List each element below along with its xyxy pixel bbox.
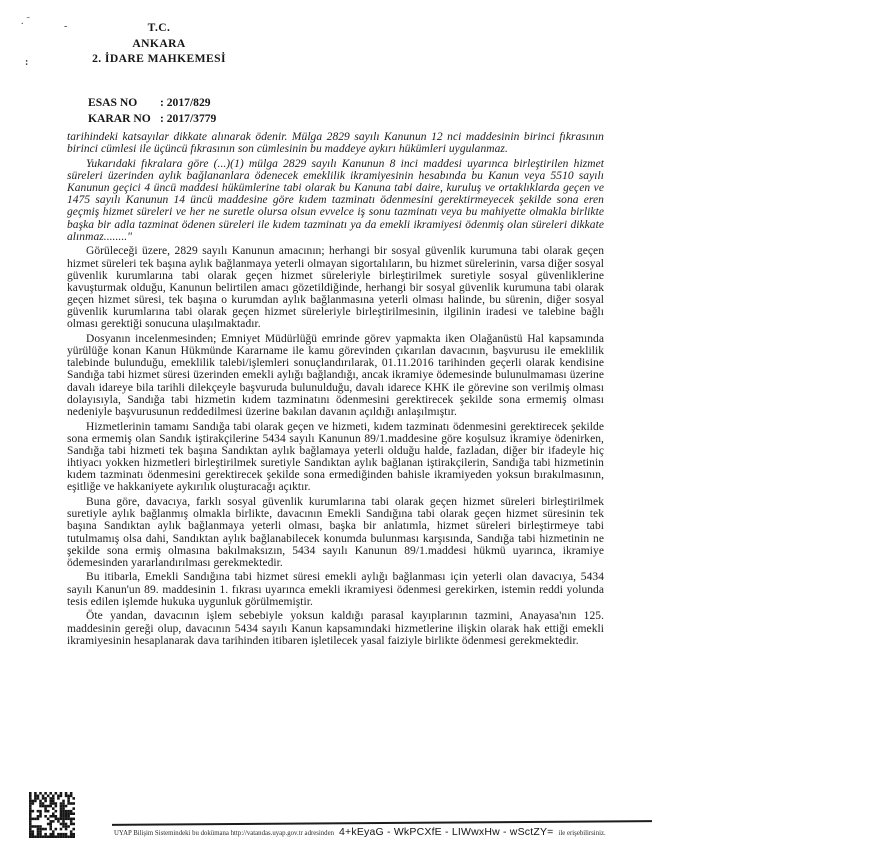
body-paragraph: tarihindeki katsayılar dikkate alınarak … — [67, 131, 604, 155]
body-paragraph: Buna göre, davacıya, farklı sosyal güven… — [67, 496, 604, 569]
karar-no-label: KARAR NO — [88, 111, 160, 127]
esas-no-label: ESAS NO — [88, 95, 160, 111]
body-paragraph: Öte yandan, davacının işlem sebebiyle yo… — [67, 610, 604, 646]
scan-artifact: .˜ — [21, 17, 33, 27]
uyap-access-prefix: UYAP Bilişim Sistemindeki bu dokümana ht… — [114, 830, 334, 837]
uyap-access-code: 4+kEyaG - WkPCXfE - LIWwxHw - wSctZY= — [339, 826, 554, 838]
esas-no-row: ESAS NO: 2017/829 — [88, 95, 216, 111]
court-name: 2. İDARE MAHKEMESİ — [64, 51, 254, 67]
uyap-datamatrix-barcode-icon — [29, 792, 75, 838]
body-paragraph: Hizmetlerinin tamamı Sandığa tabi olarak… — [67, 421, 604, 494]
uyap-access-suffix: ile erişebilirsiniz. — [559, 830, 606, 837]
karar-no-value: : 2017/3779 — [160, 112, 216, 125]
court-decision-page: .˜ - : T.C. ANKARA 2. İDARE MAHKEMESİ ES… — [0, 0, 880, 847]
esas-no-value: : 2017/829 — [160, 96, 211, 109]
uyap-footer: UYAP Bilişim Sistemindeki bu dokümana ht… — [114, 826, 606, 838]
decision-body: tarihindeki katsayılar dikkate alınarak … — [67, 131, 604, 649]
scan-artifact: : — [25, 58, 28, 68]
body-paragraph: Görüleceği üzere, 2829 sayılı Kanunun am… — [67, 245, 604, 330]
body-paragraph: Yukarıdaki fıkralara göre (...)(1) mülga… — [67, 158, 604, 243]
karar-no-row: KARAR NO: 2017/3779 — [88, 111, 216, 127]
body-paragraph: Dosyanın incelenmesinden; Emniyet Müdürl… — [67, 333, 604, 418]
republic-label: T.C. — [64, 20, 254, 36]
document-header: T.C. ANKARA 2. İDARE MAHKEMESİ — [64, 20, 254, 67]
body-paragraph: Bu itibarla, Emekli Sandığına tabi hizme… — [67, 571, 604, 607]
city-label: ANKARA — [64, 36, 254, 52]
case-info: ESAS NO: 2017/829 KARAR NO: 2017/3779 — [88, 95, 216, 127]
